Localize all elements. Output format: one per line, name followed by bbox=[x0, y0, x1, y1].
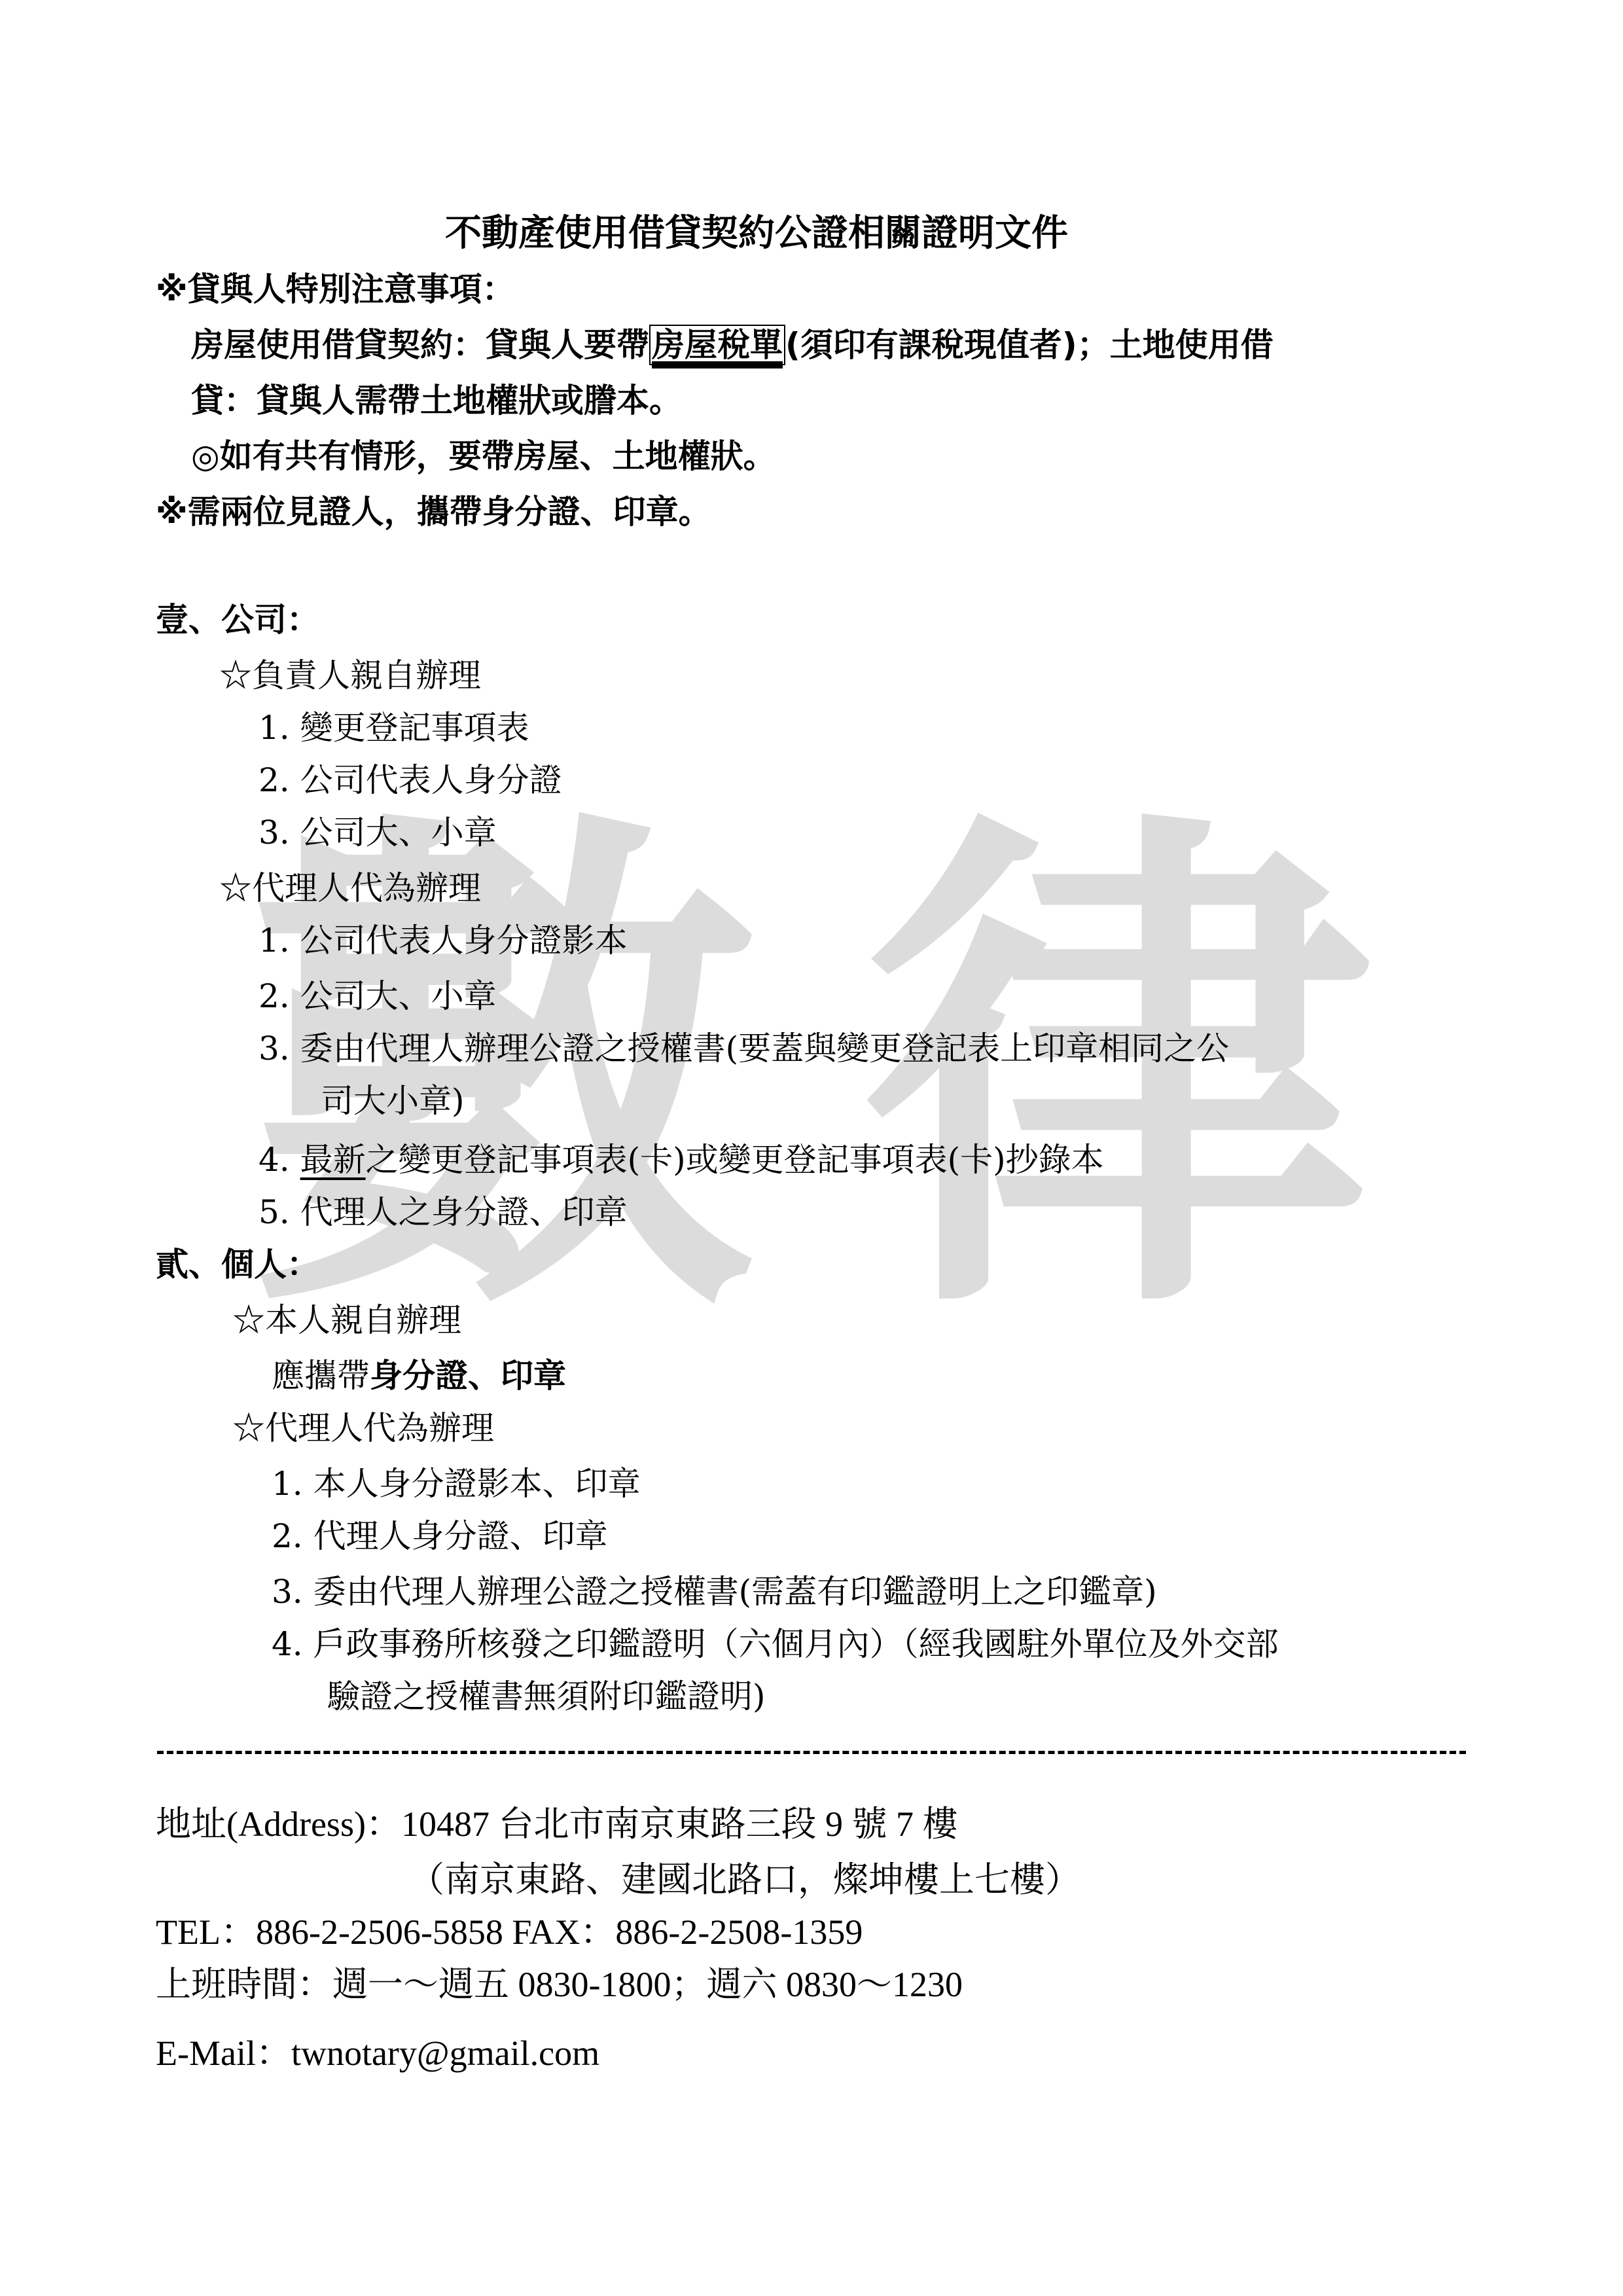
individual-in-person-label: ☆本人親自辦理 bbox=[232, 1299, 461, 1341]
individual-agent-item: 2. 代理人身分證、印章 bbox=[272, 1515, 608, 1557]
individual-in-person-text: 應攜帶身分證、印章 bbox=[272, 1355, 566, 1397]
footer-address-note: （南京東路、建國北路口，燦坤樓上七樓） bbox=[409, 1859, 1080, 1901]
company-agent-item: 1. 公司代表人身分證影本 bbox=[259, 920, 628, 961]
notice-line-2: 貸：貸與人需帶土地權狀或謄本。 bbox=[191, 380, 682, 422]
id-and-seal-bold: 身分證、印章 bbox=[370, 1357, 566, 1395]
individual-agent-item: 3. 委由代理人辦理公證之授權書(需蓋有印鑑證明上之印鑑章) bbox=[272, 1571, 1157, 1613]
footer-hours: 上班時間：週一～週五 0830-1800；週六 0830～1230 bbox=[156, 1964, 963, 2005]
company-agent-item: 3. 委由代理人辦理公證之授權書(要蓋與變更登記表上印章相同之公 bbox=[259, 1028, 1229, 1069]
notice-heading: ※貸與人特別注意事項： bbox=[156, 268, 515, 310]
individual-agent-item: 4. 戶政事務所核發之印鑑證明（六個月內）（經我國駐外單位及外交部 bbox=[272, 1623, 1279, 1665]
individual-agent-item: 1. 本人身分證影本、印章 bbox=[272, 1463, 641, 1505]
company-agent-label: ☆代理人代為辦理 bbox=[219, 867, 481, 909]
notice-line-1-after: (須印有課稅現值者)；土地使用借 bbox=[785, 326, 1274, 364]
company-in-person-label: ☆負責人親自辦理 bbox=[219, 655, 481, 696]
company-in-person-item: 3. 公司大、小章 bbox=[259, 812, 497, 853]
notice-line-3: ◎如有共有情形，要帶房屋、土地權狀。 bbox=[191, 435, 776, 477]
company-agent-item-cont: 司大小章) bbox=[321, 1080, 465, 1122]
company-in-person-item: 1. 變更登記事項表 bbox=[259, 707, 529, 749]
footer-address: 地址(Address)：10487 台北市南京東路三段 9 號 7 樓 bbox=[156, 1803, 957, 1845]
dashed-divider bbox=[157, 1751, 1466, 1754]
individual-agent-item-cont: 驗證之授權書無須附印鑑證明) bbox=[327, 1676, 766, 1717]
company-agent-item: 5. 代理人之身分證、印章 bbox=[259, 1191, 628, 1233]
individual-agent-label: ☆代理人代為辦理 bbox=[232, 1407, 494, 1449]
page-title: 不動產使用借貸契約公證相關證明文件 bbox=[445, 213, 1068, 255]
item-4-text: 之變更登記事項表(卡)或變更登記事項表(卡)抄錄本 bbox=[366, 1141, 1104, 1179]
witness-note: ※需兩位見證人，攜帶身分證、印章。 bbox=[156, 491, 711, 533]
bring-prefix: 應攜帶 bbox=[272, 1357, 370, 1395]
notice-line-1-before: 房屋使用借貸契約：貸與人要帶 bbox=[191, 326, 649, 364]
company-heading: 壹、公司： bbox=[156, 599, 319, 641]
footer-email[interactable]: E-Mail：twnotary@gmail.com bbox=[156, 2032, 599, 2074]
company-in-person-item: 2. 公司代表人身分證 bbox=[259, 759, 562, 801]
watermark-char-2: 律 bbox=[864, 818, 1374, 1329]
notice-line-1: 房屋使用借貸契約：貸與人要帶房屋稅單(須印有課稅現值者)；土地使用借 bbox=[191, 324, 1274, 366]
individual-heading: 貳、個人： bbox=[156, 1244, 319, 1285]
latest-underlined: 最新 bbox=[300, 1141, 366, 1179]
house-tax-bill-boxed: 房屋稅單 bbox=[649, 325, 785, 365]
company-agent-item: 2. 公司大、小章 bbox=[259, 975, 497, 1017]
company-agent-item-4: 4. 最新之變更登記事項表(卡)或變更登記事項表(卡)抄錄本 bbox=[259, 1139, 1104, 1181]
footer-tel-fax: TEL：886-2-2506-5858 FAX：886-2-2508-1359 bbox=[156, 1911, 863, 1953]
item-4-number: 4. bbox=[259, 1141, 300, 1179]
